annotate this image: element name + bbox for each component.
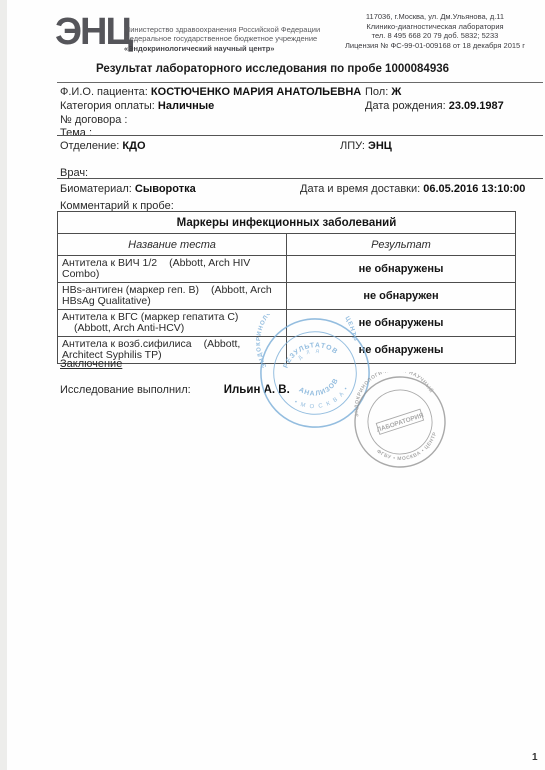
lpu-pair: ЛПУ: ЭНЦ — [340, 140, 392, 152]
test-result-cell: не обнаружен — [287, 283, 516, 310]
enc-logo: ЭНЦ — [55, 10, 131, 54]
performed-label: Исследование выполнил: — [60, 384, 191, 396]
gray-round-stamp: ЭНДОКРИНОЛОГИЧЕСКИЙ НАУЧНЫЙ ФГБУ • МОСКВ… — [350, 372, 450, 472]
gray-stamp-center-text: ЛАБОРАТОРИЯ — [376, 412, 425, 434]
delivery-label: Дата и время доставки: — [300, 183, 420, 195]
sex-label: Пол: — [365, 86, 388, 98]
divider-under-title — [57, 82, 543, 83]
document-title: Результат лабораторного исследования по … — [0, 63, 545, 75]
column-header-result: Результат — [287, 234, 516, 256]
svg-text:ЭНДОКРИНОЛОГИЧЕСКИЙ НАУЧНЫЙ: ЭНДОКРИНОЛОГИЧЕСКИЙ НАУЧНЫЙ — [350, 372, 436, 418]
test-name-cell: Антитела к ВИЧ 1/2(Abbott, Arch HIV Comb… — [58, 256, 287, 283]
delivery-pair: Дата и время доставки: 06.05.2016 13:10:… — [300, 183, 525, 195]
contact-lab: Клинико-диагностическая лаборатория — [326, 22, 544, 32]
test-result-cell: не обнаружены — [287, 337, 516, 364]
table-row: HBs-антиген (маркер геп. В)(Abbott, Arch… — [58, 283, 516, 310]
test-result-cell: не обнаружены — [287, 256, 516, 283]
column-header-test: Название теста — [58, 234, 287, 256]
org-line-institution: Федеральное государственное бюджетное уч… — [124, 34, 334, 43]
blue-stamp-word4: • М О С К В А • — [292, 384, 354, 417]
table-header-row: Название теста Результат — [58, 234, 516, 256]
lpu-label: ЛПУ: — [340, 140, 365, 152]
birth-pair: Дата рождения: 23.09.1987 — [365, 100, 504, 112]
conclusion-label: Заключение — [60, 358, 122, 370]
biomaterial-label: Биоматериал: — [60, 183, 132, 195]
svg-text:ФГБУ • МОСКВА • ЦЕНТР: ФГБУ • МОСКВА • ЦЕНТР — [374, 430, 444, 471]
gray-stamp-ring-bottom-text: ФГБУ • МОСКВА • ЦЕНТР — [374, 430, 444, 471]
table-title: Маркеры инфекционных заболеваний — [58, 212, 516, 234]
test-result-cell: не обнаружены — [287, 310, 516, 337]
lab-report-page: ЭНЦ Министерство здравоохранения Российс… — [0, 0, 545, 770]
lpu-value: ЭНЦ — [368, 140, 392, 152]
divider-under-doctor — [57, 178, 543, 179]
test-kit: (Abbott, Arch Anti-HCV) — [74, 322, 184, 334]
table-row: Антитела к ВИЧ 1/2(Abbott, Arch HIV Comb… — [58, 256, 516, 283]
department-line: Отделение: КДО ЛПУ: ЭНЦ — [60, 140, 540, 152]
payment-value: Наличные — [158, 100, 214, 112]
contract-line: № договора : — [60, 114, 540, 126]
contact-address: 117036, г.Москва, ул. Дм.Ульянова, д.11 — [326, 12, 544, 22]
birth-value: 23.09.1987 — [449, 100, 504, 112]
fio-value: КОСТЮЧЕНКО МАРИЯ АНАТОЛЬЕВНА — [151, 86, 361, 98]
svg-text:АНАЛИЗОВ: АНАЛИЗОВ — [296, 376, 343, 403]
svg-text:• М О С К В А •: • М О С К В А • — [292, 384, 354, 417]
page-number: 1 — [532, 752, 538, 763]
table-row: Антитела к ВГС (маркер гепатита С)(Abbot… — [58, 310, 516, 337]
contact-phone: тел. 8 495 668 20 79 доб. 5832; 5233 — [326, 31, 544, 41]
performed-by: Ильин А. В. — [224, 384, 290, 396]
department-label: Отделение: — [60, 140, 119, 152]
org-line-ministry: Министерство здравоохранения Российской … — [124, 25, 334, 34]
results-table: Маркеры инфекционных заболеваний Названи… — [57, 211, 516, 364]
divider-under-theme — [57, 135, 543, 136]
patient-fio-line: Ф.И.О. пациента: КОСТЮЧЕНКО МАРИЯ АНАТОЛ… — [60, 86, 540, 98]
scan-edge-artifact — [0, 0, 7, 770]
payment-line: Категория оплаты: Наличные Дата рождения… — [60, 100, 540, 112]
test-name: HBs-антиген (маркер геп. В) — [62, 284, 199, 296]
sex-value: Ж — [391, 86, 401, 98]
test-name: Антитела к возб.сифилиса — [62, 338, 192, 350]
theme-label: Тема : — [60, 127, 92, 139]
department-value: КДО — [122, 140, 145, 152]
org-line-center: «Эндокринологический научный центр» — [124, 44, 334, 53]
organization-block: Министерство здравоохранения Российской … — [124, 25, 334, 53]
performed-line: Исследование выполнил: Ильин А. В. — [60, 384, 290, 396]
blue-stamp-word3: АНАЛИЗОВ — [296, 376, 343, 403]
test-name-cell: HBs-антиген (маркер геп. В)(Abbott, Arch… — [58, 283, 287, 310]
biomaterial-value: Сыворотка — [135, 183, 196, 195]
test-name: Антитела к ВИЧ 1/2 — [62, 257, 157, 269]
birth-label: Дата рождения: — [365, 100, 446, 112]
fio-label: Ф.И.О. пациента: — [60, 86, 148, 98]
contact-block: 117036, г.Москва, ул. Дм.Ульянова, д.11 … — [326, 12, 544, 50]
table-row: Антитела к возб.сифилиса(Abbott, Archite… — [58, 337, 516, 364]
delivery-value: 06.05.2016 13:10:00 — [423, 183, 525, 195]
test-name-cell: Антитела к ВГС (маркер гепатита С)(Abbot… — [58, 310, 287, 337]
payment-label: Категория оплаты: — [60, 100, 155, 112]
theme-line: Тема : — [60, 127, 540, 139]
sex-pair: Пол: Ж — [365, 86, 401, 98]
table-title-row: Маркеры инфекционных заболеваний — [58, 212, 516, 234]
contract-label: № договора : — [60, 114, 127, 126]
biomaterial-line: Биоматериал: Сыворотка Дата и время дост… — [60, 183, 540, 195]
gray-stamp-ring-top-text: ЭНДОКРИНОЛОГИЧЕСКИЙ НАУЧНЫЙ — [350, 372, 436, 418]
test-name: Антитела к ВГС (маркер гепатита С) — [62, 311, 238, 323]
contact-license: Лицензия № ФС-99-01-009168 от 18 декабря… — [326, 41, 544, 51]
